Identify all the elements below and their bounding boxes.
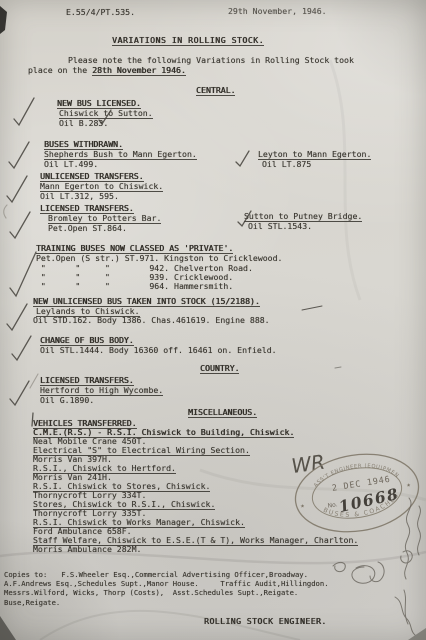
transfer-vehicle: Morris Ambulance 282M. bbox=[33, 545, 141, 554]
intro-line-1: Please note the following Variations in … bbox=[68, 56, 354, 65]
buses-withdrawn-detail-2: Oil LT.875 bbox=[262, 160, 311, 169]
stamp-star-left: ★ bbox=[300, 501, 306, 510]
unlicensed-transfers-detail: Oil LT.312, 595. bbox=[40, 192, 119, 201]
copies-label: Copies to: bbox=[4, 570, 47, 579]
new-bus-licensed-detail: Oil B.283. bbox=[59, 119, 108, 128]
pencil-slash-mark bbox=[30, 374, 38, 388]
training-row: " " " 964. Hammersmith. bbox=[36, 282, 233, 291]
checkmark-icon bbox=[236, 151, 249, 166]
checkmark-icon bbox=[10, 252, 36, 296]
stamp-arc-bottom-text: BUSES & COACHES bbox=[321, 491, 404, 524]
svg-text:ASS'T ENGINEER (EQUIPMENT): ASS'T ENGINEER (EQUIPMENT) bbox=[311, 457, 402, 501]
date-stamp: ASS'T ENGINEER (EQUIPMENT) BUSES & COACH… bbox=[290, 446, 424, 540]
dash-mark bbox=[302, 306, 322, 310]
ref-number: E.55/4/PT.535. bbox=[66, 8, 135, 17]
copies-line-4: Buse,Reigate. bbox=[4, 599, 60, 607]
checkmark-icon bbox=[9, 142, 29, 168]
document-page: E.55/4/PT.535. 29th November, 1946. VARI… bbox=[0, 0, 426, 640]
signature-rolling-stock-engineer: ROLLING STOCK ENGINEER. bbox=[204, 617, 327, 626]
section-central-heading: CENTRAL. bbox=[196, 86, 235, 96]
licensed-transfers-detail-2: Oil STL.1543. bbox=[248, 222, 312, 231]
checkmark-icon bbox=[7, 304, 27, 330]
buses-withdrawn-detail: Oil LT.499. bbox=[44, 160, 98, 169]
copies-line-3: Messrs.Wilford, Wicks, Thorp (Costs), As… bbox=[4, 589, 298, 597]
checkmark-icon bbox=[14, 98, 34, 125]
training-row: Pet.Open (S str.) ST.971. Kingston to Cr… bbox=[36, 254, 282, 263]
handwritten-initials: WR bbox=[290, 450, 327, 478]
intro-line-2-prefix: place on the bbox=[28, 65, 92, 75]
stamp-star-right: ★ bbox=[406, 480, 412, 489]
intro-date-underlined: 28th November 1946. bbox=[92, 65, 186, 76]
handwriting-scribble bbox=[333, 498, 420, 635]
country-licensed-transfers-detail: Oil G.1890. bbox=[40, 396, 94, 405]
intro-line-2: place on the 28th November 1946. bbox=[28, 66, 186, 75]
corner-fold bbox=[0, 616, 16, 640]
licensed-transfers-detail: Pet.Open ST.864. bbox=[48, 224, 127, 233]
change-of-body-detail: Oil STL.1444. Body 16360 off. 16461 on. … bbox=[40, 346, 277, 355]
checkmark-icon bbox=[10, 212, 30, 238]
doc-date: 29th November, 1946. bbox=[228, 7, 327, 16]
copies-recipient-1: F.S.Wheeler Esq.,Commercial Advertising … bbox=[61, 570, 308, 579]
paper-tear-mark bbox=[0, 6, 7, 34]
pencil-paren-mark bbox=[4, 205, 7, 218]
dash-mark bbox=[335, 367, 341, 368]
checkmark-icon bbox=[10, 381, 29, 405]
section-misc-heading: MISCELLANEOUS. bbox=[188, 408, 257, 418]
section-country-heading: COUNTRY. bbox=[200, 364, 239, 374]
stamp-number: 10668 bbox=[337, 484, 401, 516]
stamp-arc-top-text: ASS'T ENGINEER (EQUIPMENT) bbox=[311, 457, 402, 501]
stamp-number-label: No. bbox=[327, 501, 338, 509]
checkmark-icon bbox=[7, 176, 27, 202]
doc-title: VARIATIONS IN ROLLING STOCK. bbox=[112, 36, 264, 46]
checkmark-icon bbox=[12, 336, 31, 360]
svg-text:BUSES & COACHES: BUSES & COACHES bbox=[321, 491, 404, 524]
new-unlicensed-detail: Oil STD.162. Body 1386. Chas.461619. Eng… bbox=[33, 316, 270, 325]
stamp-date: 2 DEC 1946 bbox=[331, 475, 391, 494]
